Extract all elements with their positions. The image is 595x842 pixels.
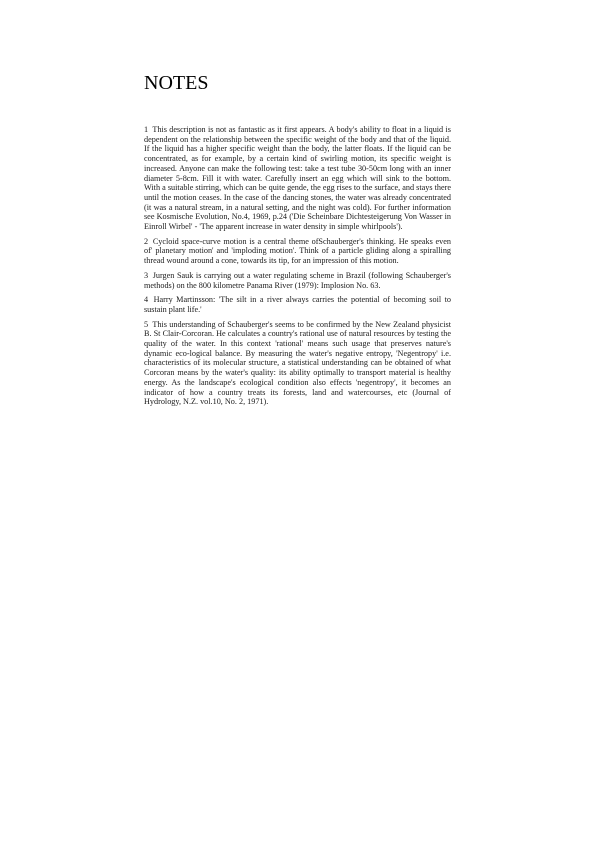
note-3: 3 Jurgen Sauk is carrying out a water re… bbox=[144, 271, 451, 290]
note-number: 3 bbox=[144, 271, 148, 280]
note-number: 5 bbox=[144, 320, 148, 329]
note-2: 2 Cycloid space-curve motion is a centra… bbox=[144, 237, 451, 266]
note-1: 1 This description is not as fantastic a… bbox=[144, 125, 451, 232]
notes-list: 1 This description is not as fantastic a… bbox=[144, 125, 451, 412]
page-title: NOTES bbox=[144, 72, 208, 95]
note-text: Cycloid space-curve motion is a central … bbox=[144, 237, 451, 265]
note-text: This description is not as fantastic as … bbox=[144, 125, 451, 231]
note-4: 4 Harry Martinsson: 'The silt in a river… bbox=[144, 295, 451, 314]
note-number: 2 bbox=[144, 237, 148, 246]
note-number: 4 bbox=[144, 295, 148, 304]
note-5: 5 This understanding of Schauberger's se… bbox=[144, 320, 451, 407]
note-text: Jurgen Sauk is carrying out a water regu… bbox=[144, 271, 451, 290]
note-text: Harry Martinsson: 'The silt in a river a… bbox=[144, 295, 451, 314]
document-page: NOTES 1 This description is not as fanta… bbox=[0, 0, 595, 842]
note-number: 1 bbox=[144, 125, 148, 134]
note-text: This understanding of Schauberger's seem… bbox=[144, 320, 451, 407]
